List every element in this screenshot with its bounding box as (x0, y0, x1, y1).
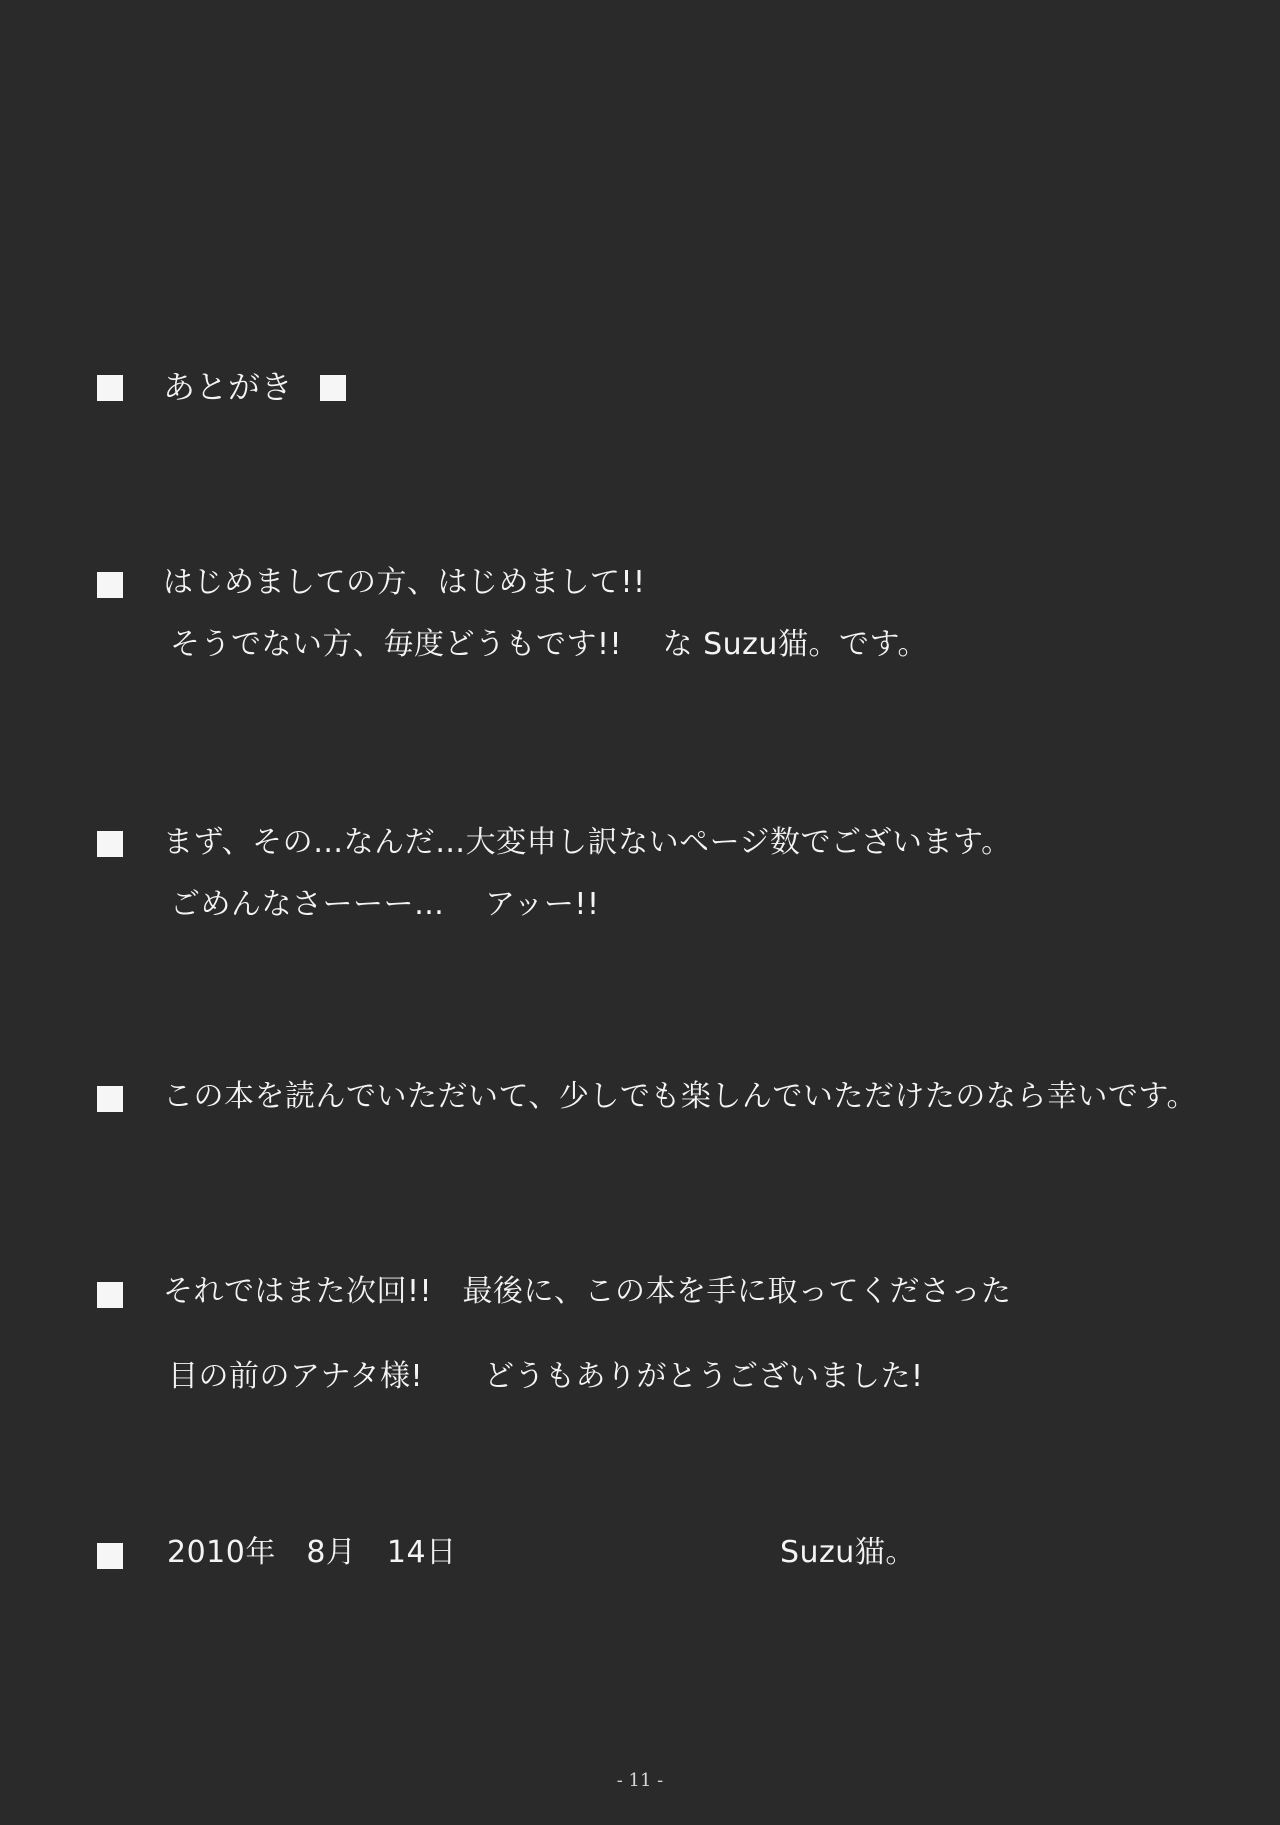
heading-bullet-left-icon (97, 375, 123, 401)
paragraph-2-line-2: ごめんなさーーー… アッー!! (170, 885, 600, 925)
paragraph-bullet-icon (97, 1282, 123, 1308)
signature-date: 2010年 8月 14日 (167, 1533, 457, 1573)
paragraph-bullet-icon (97, 1086, 123, 1112)
paragraph-bullet-icon (97, 572, 123, 598)
paragraph-1-line-1: はじめましての方、はじめまして!! (163, 563, 646, 603)
page-number: - 11 - (0, 1770, 1280, 1791)
paragraph-1-line-2: そうでない方、毎度どうもです!! な Suzu猫。です。 (170, 625, 928, 665)
paragraph-3-line-1: この本を読んでいただいて、少しでも楽しんでいただけたのなら幸いです。 (163, 1077, 1197, 1117)
paragraph-2-line-1: まず、その…なんだ…大変申し訳ないページ数でございます。 (163, 823, 1012, 863)
page-title: あとがき (163, 367, 293, 407)
paragraph-4-line-1: それではまた次回!! 最後に、この本を手に取ってくださった (163, 1272, 1012, 1312)
paragraph-bullet-icon (97, 831, 123, 857)
signature-author: Suzu猫。 (780, 1533, 916, 1573)
paragraph-4-line-2: 目の前のアナタ様! どうもありがとうございました! (168, 1357, 924, 1397)
heading-bullet-right-icon (320, 375, 346, 401)
signature-bullet-icon (97, 1543, 123, 1569)
